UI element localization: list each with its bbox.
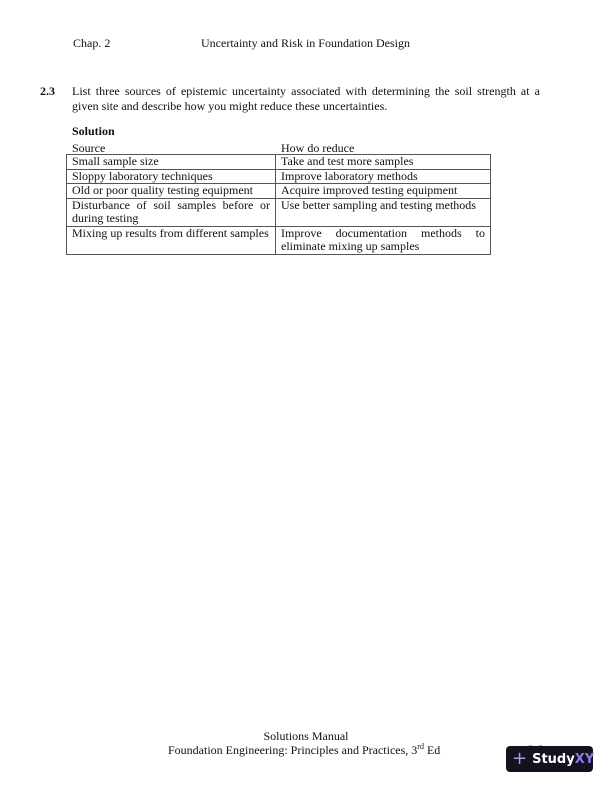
reduce-cell: Use better sampling and testing methods	[276, 198, 491, 226]
footer-book-title: Foundation Engineering: Principles and P…	[168, 742, 440, 758]
reduce-cell: Improve documentation methods to elimina…	[276, 226, 491, 254]
solution-heading: Solution	[72, 124, 115, 139]
reduce-cell: Acquire improved testing equipment	[276, 184, 491, 199]
table-row: Small sample size Take and test more sam…	[67, 155, 491, 170]
footer-edition-suffix: Ed	[424, 743, 440, 757]
chapter-label: Chap. 2	[73, 36, 110, 51]
solution-table: Small sample size Take and test more sam…	[66, 154, 491, 255]
badge-label-xy: XY	[575, 752, 594, 767]
problem-statement: List three sources of epistemic uncertai…	[72, 84, 540, 114]
source-cell: Disturbance of soil samples before or du…	[67, 198, 276, 226]
table-row: Old or poor quality testing equipment Ac…	[67, 184, 491, 199]
footer-book-title-main: Foundation Engineering: Principles and P…	[168, 743, 417, 757]
source-cell: Sloppy laboratory techniques	[67, 169, 276, 184]
table-row: Mixing up results from different samples…	[67, 226, 491, 254]
table-row: Disturbance of soil samples before or du…	[67, 198, 491, 226]
problem-number: 2.3	[40, 84, 55, 99]
table-row: Sloppy laboratory techniques Improve lab…	[67, 169, 491, 184]
source-cell: Mixing up results from different samples	[67, 226, 276, 254]
badge-label-study: Study	[532, 752, 575, 767]
plus-icon: +	[512, 750, 527, 768]
source-cell: Old or poor quality testing equipment	[67, 184, 276, 199]
reduce-cell: Take and test more samples	[276, 155, 491, 170]
chapter-title: Uncertainty and Risk in Foundation Desig…	[201, 36, 410, 51]
reduce-cell: Improve laboratory methods	[276, 169, 491, 184]
studyxy-badge[interactable]: + StudyXY	[506, 746, 593, 772]
footer-edition-superscript: rd	[417, 742, 424, 751]
source-cell: Small sample size	[67, 155, 276, 170]
